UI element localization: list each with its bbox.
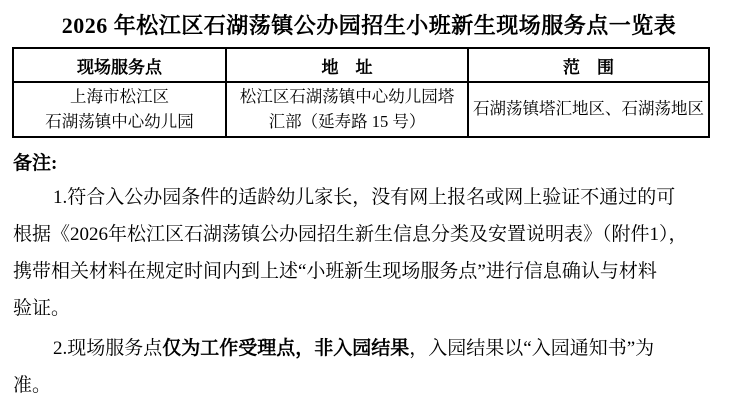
cell-scope: 石湖荡镇塔汇地区、石湖荡地区	[468, 82, 709, 137]
service-point-line1: 上海市松江区	[16, 85, 223, 110]
note1-line3: 携带相关材料在规定时间内到上述“小班新生现场服务点”进行信息确认与材料	[13, 253, 728, 290]
note2-line1-regular-post: ，入园结果以“入园通知书”为	[409, 338, 654, 359]
note2-line2: 准。	[13, 367, 728, 404]
address-line1: 松江区石湖荡镇中心幼儿园塔	[229, 85, 465, 110]
note1-line4: 验证。	[13, 290, 728, 327]
remarks-heading: 备注:	[13, 149, 728, 179]
remark-note-1: 1.符合入公办园条件的适龄幼儿家长，没有网上报名或网上验证不通过的可 根据《20…	[13, 179, 728, 327]
remark-note-2: 2.现场服务点仅为工作受理点，非入园结果，入园结果以“入园通知书”为 准。	[13, 330, 728, 404]
column-header-address: 地 址	[226, 48, 468, 82]
note2-line1-bold-emphasis: 仅为工作受理点，非入园结果	[162, 338, 409, 359]
note1-line2: 根据《2026年松江区石湖荡镇公办园招生新生信息分类及安置说明表》（附件1），	[13, 216, 728, 253]
table-header-row: 现场服务点 地 址 范 围	[13, 48, 709, 82]
table-row: 上海市松江区 石湖荡镇中心幼儿园 松江区石湖荡镇中心幼儿园塔 汇部（延寿路 15…	[13, 82, 709, 137]
column-header-scope: 范 围	[468, 48, 709, 82]
page-title: 2026 年松江区石湖荡镇公办园招生小班新生现场服务点一览表	[0, 0, 738, 40]
address-line2: 汇部（延寿路 15 号）	[229, 110, 465, 135]
column-header-service-point: 现场服务点	[13, 48, 226, 82]
note2-line1: 2.现场服务点仅为工作受理点，非入园结果，入园结果以“入园通知书”为	[13, 330, 728, 367]
cell-address: 松江区石湖荡镇中心幼儿园塔 汇部（延寿路 15 号）	[226, 82, 468, 137]
service-point-table: 现场服务点 地 址 范 围 上海市松江区 石湖荡镇中心幼儿园 松江区石湖荡镇中心…	[12, 47, 710, 138]
note2-line1-regular-pre: 2.现场服务点	[53, 338, 162, 359]
note1-line1: 1.符合入公办园条件的适龄幼儿家长，没有网上报名或网上验证不通过的可	[13, 179, 728, 216]
cell-service-point: 上海市松江区 石湖荡镇中心幼儿园	[13, 82, 226, 137]
remarks-section: 备注: 1.符合入公办园条件的适龄幼儿家长，没有网上报名或网上验证不通过的可 根…	[13, 149, 728, 404]
document-page: 2026 年松江区石湖荡镇公办园招生小班新生现场服务点一览表 现场服务点 地 址…	[0, 0, 738, 404]
service-point-line2: 石湖荡镇中心幼儿园	[16, 110, 223, 135]
